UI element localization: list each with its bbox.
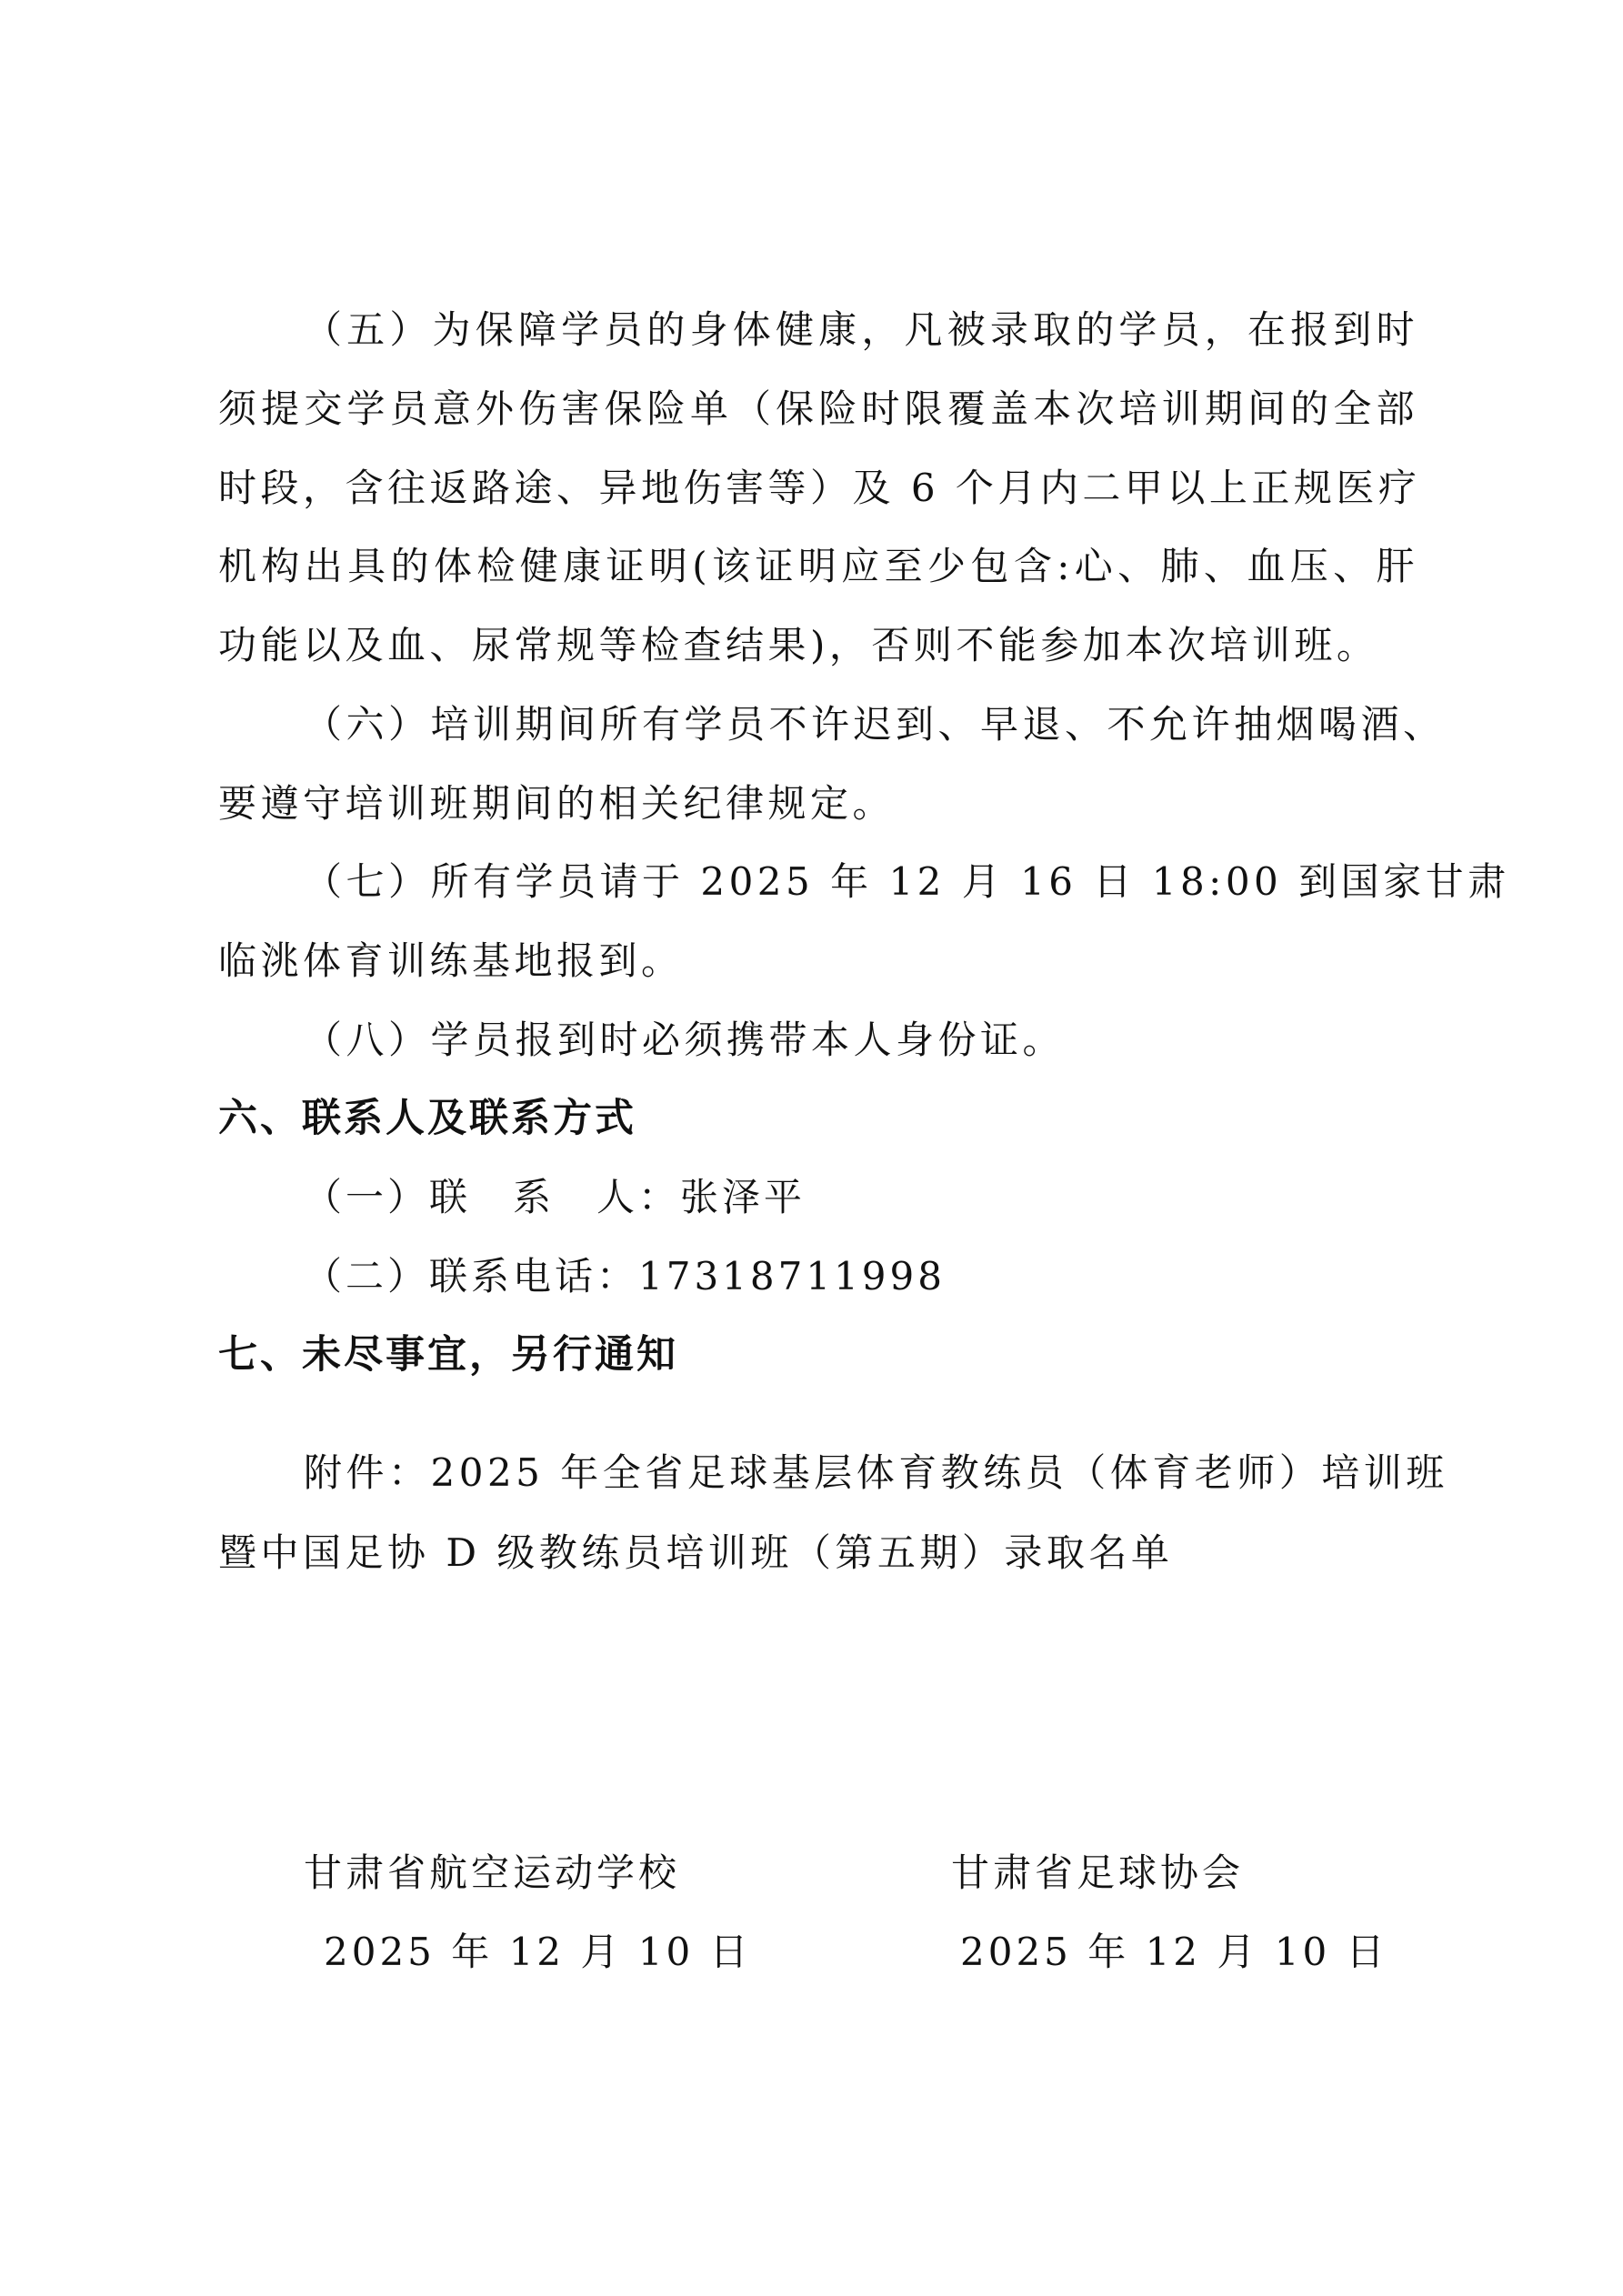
paragraph-item8-line1: （八）学员报到时必须携带本人身份证。: [304, 1013, 1418, 1068]
paragraph-item7-line1: （七）所有学员请于 2025 年 12 月 16 日 18:00 到国家甘肃: [304, 855, 1418, 909]
contact-phone-row: （二）联系电话：17318711998: [304, 1249, 946, 1304]
contact-person-name: 张泽平: [680, 1175, 806, 1219]
section7-heading: 七、未尽事宜，另行通知: [218, 1328, 678, 1382]
paragraph-item5-line4: 机构出具的体检健康证明(该证明应至少包含:心、肺、血压、肝: [218, 539, 1418, 594]
paragraph-item5-line2: 须提交学员意外伤害保险单（保险时限覆盖本次培训期间的全部: [218, 382, 1418, 436]
paragraph-item7-line2: 临洮体育训练基地报到。: [218, 934, 1418, 988]
paragraph-item5-line3: 时段，含往返路途、异地伤害等）及 6 个月内二甲以上正规医疗: [218, 461, 1418, 516]
attachment-line2: 暨中国足协 D 级教练员培训班（第五期）录取名单: [218, 1526, 1418, 1580]
paragraph-item5-line5: 功能以及血、尿常规等检查结果)，否则不能参加本次培训班。: [218, 618, 1418, 673]
paragraph-item6-line1: （六）培训期间所有学员不许迟到、早退、不允许抽烟喝酒、: [304, 697, 1418, 752]
section6-heading: 六、联系人及联系方式: [218, 1091, 636, 1146]
contact-phone-label: （二）联系电话：: [304, 1254, 638, 1298]
signature-org-right: 甘肃省足球协会: [951, 1846, 1244, 1900]
paragraph-item6-line2: 要遵守培训班期间的相关纪律规定。: [218, 777, 1418, 831]
contact-phone-number: 17318711998: [638, 1254, 946, 1298]
contact-person-row: （一）联 系 人：张泽平: [304, 1170, 806, 1225]
paragraph-item5-line1: （五）为保障学员的身体健康，凡被录取的学员，在报到时: [304, 303, 1418, 357]
signature-org-left: 甘肃省航空运动学校: [304, 1846, 680, 1900]
signature-date-left: 2025 年 12 月 10 日: [324, 1925, 752, 1980]
attachment-line1: 附件：2025 年全省足球基层体育教练员（体育老师）培训班: [304, 1446, 1418, 1500]
document-page: （五）为保障学员的身体健康，凡被录取的学员，在报到时 须提交学员意外伤害保险单（…: [0, 0, 1623, 2296]
contact-person-label: （一）联 系 人：: [304, 1175, 680, 1219]
signature-date-right: 2025 年 12 月 10 日: [960, 1925, 1388, 1980]
